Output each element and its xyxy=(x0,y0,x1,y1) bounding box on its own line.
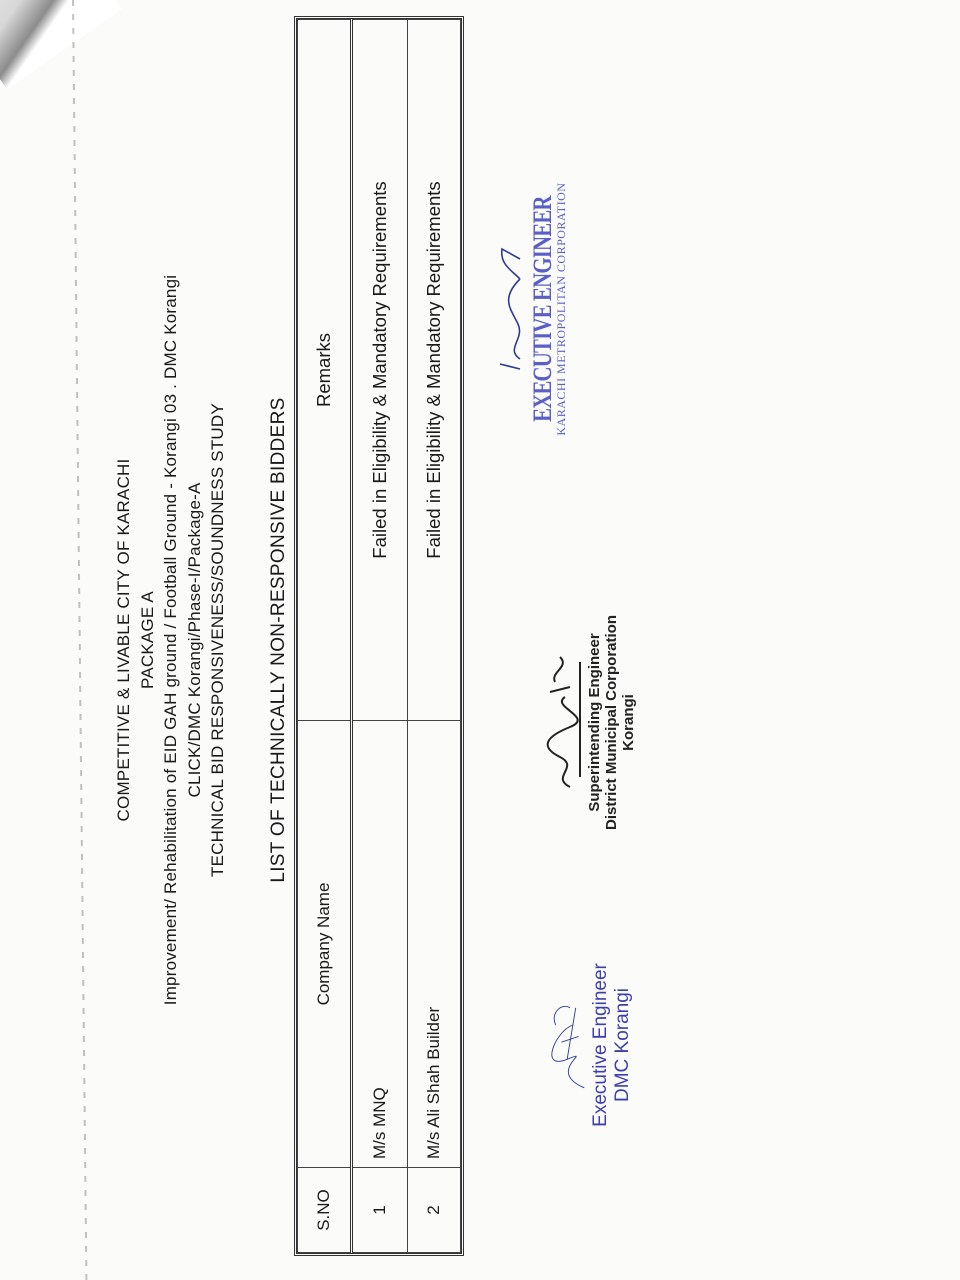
signature-executive-engineer-dmc: Executive Engineer DMC Korangi xyxy=(550,960,634,1130)
document-header: COMPETITIVE & LIVABLE CITY OF KARACHI PA… xyxy=(112,0,230,1280)
header-line-4: CLICK/DMC Korangi/Phase-I/Package-A xyxy=(183,0,207,1280)
row-sno: 1 xyxy=(352,1168,408,1253)
row-company: M/s Ali Shah Builder xyxy=(407,721,460,1168)
stamp-line1: EXECUTIVE ENGINEER xyxy=(534,196,552,421)
header-sno: S.NO xyxy=(298,1168,352,1253)
table-header-row: S.NO Company Name Remarks xyxy=(298,20,352,1253)
table-row: 1 M/s MNQ Failed in Eligibility & Mandat… xyxy=(352,20,408,1253)
header-line-1: COMPETITIVE & LIVABLE CITY OF KARACHI xyxy=(112,0,136,1280)
sig-left-line1: Executive Engineer xyxy=(590,960,612,1130)
row-sno: 2 xyxy=(407,1168,460,1253)
header-line-2: PACKAGE A xyxy=(136,0,160,1280)
header-company: Company Name xyxy=(298,721,352,1168)
row-company: M/s MNQ xyxy=(352,721,408,1168)
sig-mid-line1: Superintending Engineer xyxy=(586,615,603,830)
sig-mid-line3: Korangi xyxy=(620,615,637,830)
signature-superintending-engineer: Superintending Engineer District Municip… xyxy=(540,615,637,830)
signature-scrawl-icon xyxy=(540,648,586,798)
row-remarks: Failed in Eligibility & Mandatory Requir… xyxy=(407,20,460,721)
signature-scrawl-icon xyxy=(550,960,590,1130)
table-row: 2 M/s Ali Shah Builder Failed in Eligibi… xyxy=(407,20,460,1253)
header-line-5: TECHNICAL BID RESPONSIVENESS/SOUNDNESS S… xyxy=(206,0,230,1280)
row-remarks: Failed in Eligibility & Mandatory Requir… xyxy=(352,20,408,721)
sig-mid-line2: District Municipal Corporation xyxy=(603,615,620,830)
list-title: LIST OF TECHNICALLY NON-RESPONSIVE BIDDE… xyxy=(268,0,290,1280)
header-remarks: Remarks xyxy=(298,20,352,721)
stamp-executive-engineer-kmc: EXECUTIVE ENGINEER KARACHI METROPOLITAN … xyxy=(490,168,570,450)
header-line-3: Improvement/ Rehabilitation of EID GAH g… xyxy=(159,0,183,1280)
bidders-table: S.NO Company Name Remarks 1 M/s MNQ Fail… xyxy=(294,16,464,1256)
document-page: COMPETITIVE & LIVABLE CITY OF KARACHI PA… xyxy=(0,0,960,1280)
sig-left-line2: DMC Korangi xyxy=(612,960,634,1130)
